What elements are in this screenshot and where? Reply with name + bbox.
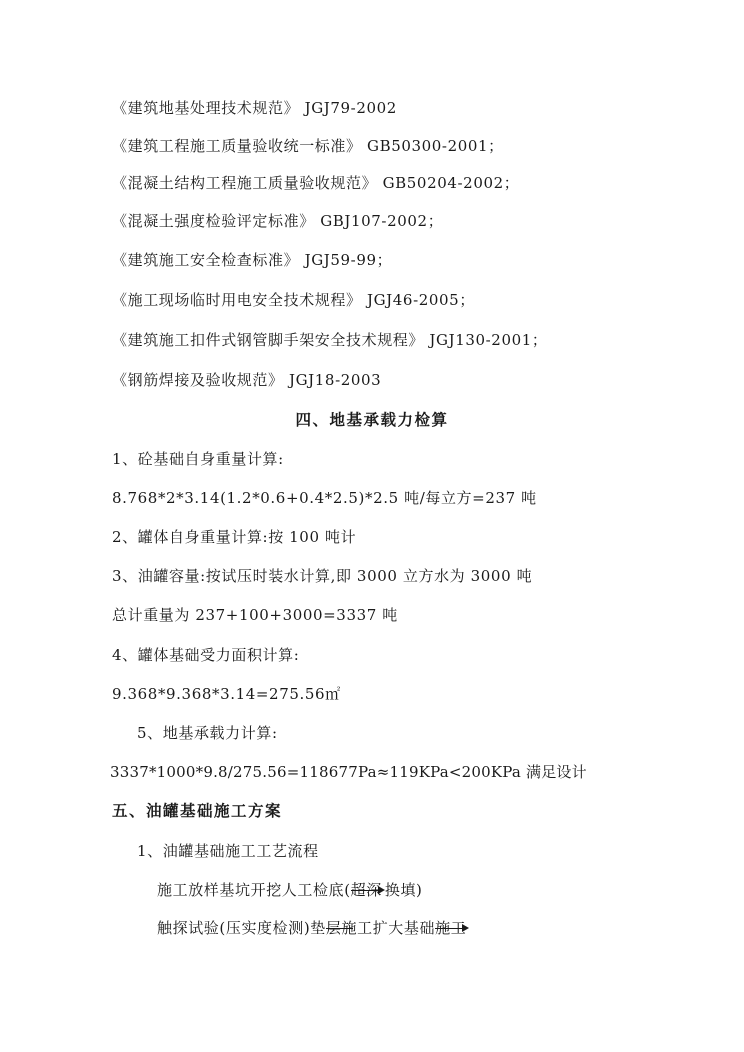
reference-item: 《建筑工程施工质量验收统一标准》 GB50300-2001； xyxy=(112,136,504,156)
reference-code: GBJ107-2002 xyxy=(320,212,428,230)
section-heading: 四、地基承载力检算 xyxy=(0,410,744,430)
document-page: 《建筑地基处理技术规范》 JGJ79-2002 《建筑工程施工质量验收统一标准》… xyxy=(0,0,744,1052)
reference-item: 《钢筋焊接及验收规范》 JGJ18-2003 xyxy=(112,370,381,390)
reference-title: 《建筑施工扣件式钢管脚手架安全技术规程》 xyxy=(112,331,424,349)
process-flow-line: 触探试验(压实度检测)垫层施工扩大基础施工 xyxy=(157,918,469,938)
reference-code: JGJ130-2001 xyxy=(429,331,531,349)
reference-code: JGJ18-2003 xyxy=(289,371,381,389)
arrow-right-icon xyxy=(378,886,385,894)
calc-item-label: 1、砼基础自身重量计算: xyxy=(112,449,284,469)
calc-total: 总计重量为 237+100+3000=3337 吨 xyxy=(112,605,398,625)
calc-formula: 8.768*2*3.14(1.2*0.6+0.4*2.5)*2.5 吨/每立方=… xyxy=(112,488,537,508)
reference-item: 《建筑施工安全检查标准》 JGJ59-99； xyxy=(112,250,392,270)
reference-code: GB50300-2001 xyxy=(367,137,488,155)
calc-formula: 9.368*9.368*3.14=275.56㎡ xyxy=(112,684,341,704)
process-flow-line: 施工放样基坑开挖人工检底(超深换填) xyxy=(157,880,423,900)
reference-title: 《混凝土结构工程施工质量验收规范》 xyxy=(112,174,377,192)
reference-title: 《建筑施工安全检查标准》 xyxy=(112,251,299,269)
section-heading: 五、油罐基础施工方案 xyxy=(112,801,282,821)
flow-arrow: 层施 xyxy=(326,919,357,937)
reference-code: JGJ59-99 xyxy=(305,251,377,269)
reference-title: 《混凝土强度检验评定标准》 xyxy=(112,212,315,230)
calc-formula: 3337*1000*9.8/275.56=118677Pa≈119KPa<200… xyxy=(110,762,587,782)
reference-item: 《施工现场临时用电安全技术规程》 JGJ46-2005； xyxy=(112,290,475,310)
reference-item: 《混凝土结构工程施工质量验收规范》 GB50204-2002； xyxy=(112,173,519,193)
subsection-label: 1、油罐基础施工工艺流程 xyxy=(137,841,319,861)
arrow-right-icon xyxy=(462,924,469,932)
reference-item: 《建筑地基处理技术规范》 JGJ79-2002 xyxy=(112,98,397,118)
calc-item-label: 5、地基承载力计算: xyxy=(137,723,278,743)
calc-item-label: 4、罐体基础受力面积计算: xyxy=(112,645,299,665)
reference-code: JGJ46-2005 xyxy=(367,291,459,309)
reference-code: GB50204-2002 xyxy=(383,174,504,192)
calc-item-label: 2、罐体自身重量计算:按 100 吨计 xyxy=(112,527,356,547)
area-formula: 9.368*9.368*3.14=275.56㎡ xyxy=(112,685,341,703)
reference-title: 《建筑地基处理技术规范》 xyxy=(112,99,299,117)
calc-item-label: 3、油罐容量:按试压时装水计算,即 3000 立方水为 3000 吨 xyxy=(112,566,532,586)
reference-code: JGJ79-2002 xyxy=(305,99,397,117)
reference-title: 《施工现场临时用电安全技术规程》 xyxy=(112,291,362,309)
reference-item: 《混凝土强度检验评定标准》 GBJ107-2002； xyxy=(112,211,443,231)
reference-title: 《钢筋焊接及验收规范》 xyxy=(112,371,284,389)
reference-item: 《建筑施工扣件式钢管脚手架安全技术规程》 JGJ130-2001； xyxy=(112,330,547,350)
reference-title: 《建筑工程施工质量验收统一标准》 xyxy=(112,137,362,155)
